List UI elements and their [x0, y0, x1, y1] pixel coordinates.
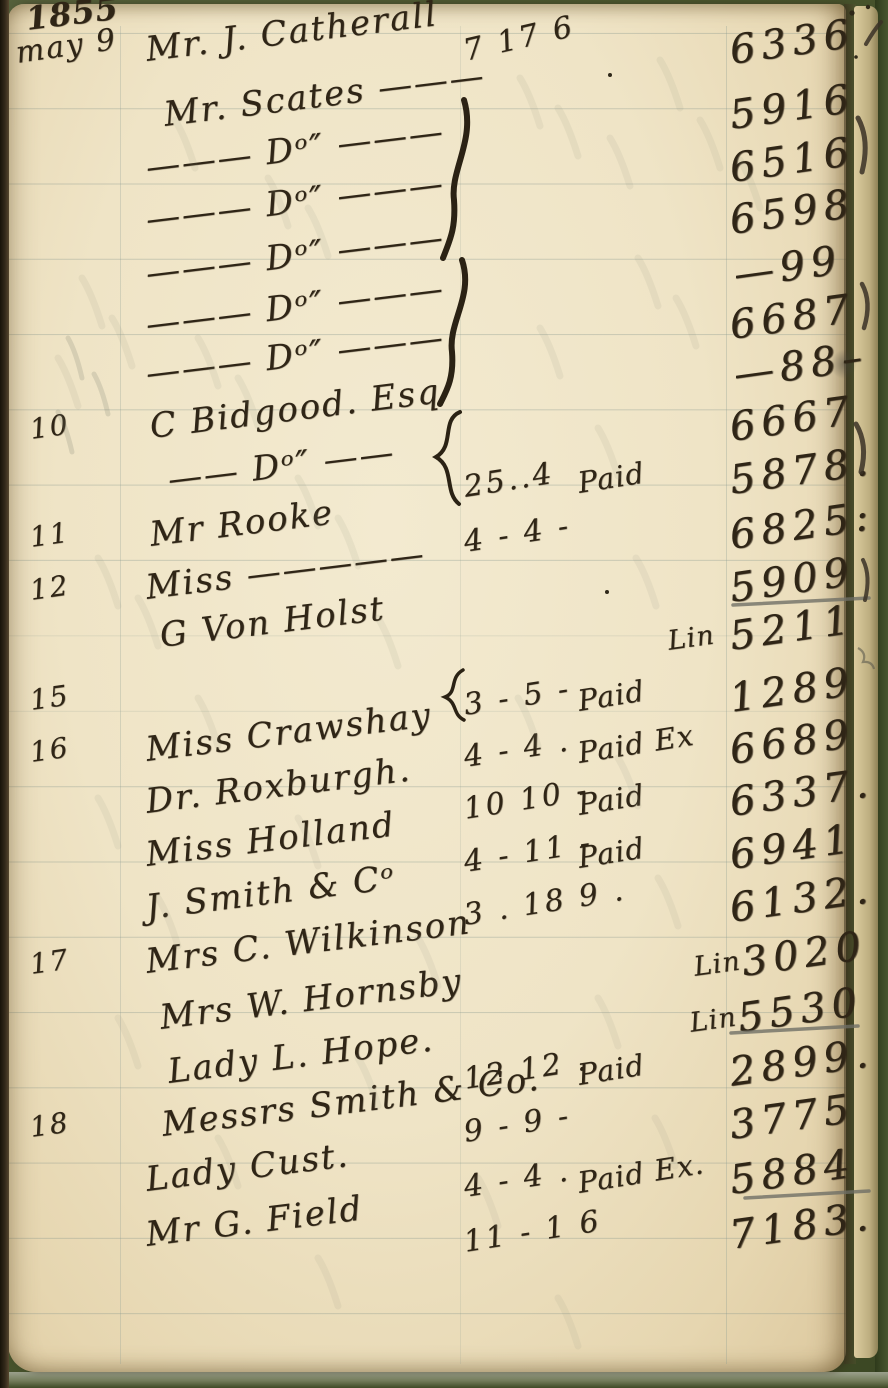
entry-number: 3020	[739, 923, 870, 986]
entry-amount: 3 . 18 9 .	[461, 873, 628, 933]
entry-paid-note: Paid	[575, 456, 647, 500]
entry-annotation: Lin	[688, 1002, 739, 1039]
entry-date: 12	[28, 569, 72, 607]
entry-number: 6941	[727, 816, 858, 879]
entry-amount: 3 - 5 -	[461, 671, 573, 722]
entry-annotation: Lin	[666, 620, 717, 657]
ledger-entries: 1855 may 9Mr. J. Catherall7 17 66336Mr. …	[0, 0, 888, 1388]
entry-name: Lady Cust.	[144, 1135, 352, 1200]
entry-date: 18	[28, 1106, 72, 1144]
entry-name: —— Dᵒ″ ——	[166, 432, 398, 500]
entry-date: 11	[28, 516, 72, 554]
entry-number: 5530	[735, 979, 866, 1042]
scanned-ledger-photo: 1855 may 9Mr. J. Catherall7 17 66336Mr. …	[0, 0, 888, 1388]
entry-number: 3775	[727, 1086, 858, 1149]
entry-annotation: Lin	[692, 946, 743, 983]
entry-number: 5884	[727, 1141, 858, 1204]
entry-amount: 4 - 4 .	[461, 723, 573, 774]
entry-number: 6667	[727, 388, 858, 451]
entry-amount: 10 10 -	[461, 772, 591, 826]
entry-date: 16	[28, 731, 72, 769]
entry-number: 5916	[727, 76, 858, 139]
entry-date: 17	[28, 943, 72, 981]
entry-date: 15	[28, 679, 72, 717]
entry-paid-note: Paid Ex.	[575, 1146, 706, 1199]
entry-amount: 4 - 4 .	[461, 1153, 573, 1204]
entry-number: 7183.	[727, 1193, 877, 1259]
entry-amount: 4 - 11 -	[461, 825, 595, 880]
entry-paid-note: Paid	[575, 674, 647, 718]
entry-number: 6336	[727, 11, 858, 74]
entry-amount: 4 - 4 -	[461, 508, 573, 559]
entry-name: Mr. J. Catherall	[144, 0, 440, 70]
entry-number: 6598	[727, 181, 858, 244]
entry-name: Mr Rooke	[148, 493, 337, 555]
entry-name: Mr G. Field	[144, 1188, 366, 1254]
entry-amount: 11 - 1 6	[461, 1203, 604, 1259]
entry-amount: 25..4	[461, 456, 557, 505]
entry-date: 10	[28, 408, 72, 446]
entry-number: 6825:	[727, 493, 877, 559]
entry-paid-note: Paid Ex	[575, 718, 696, 770]
